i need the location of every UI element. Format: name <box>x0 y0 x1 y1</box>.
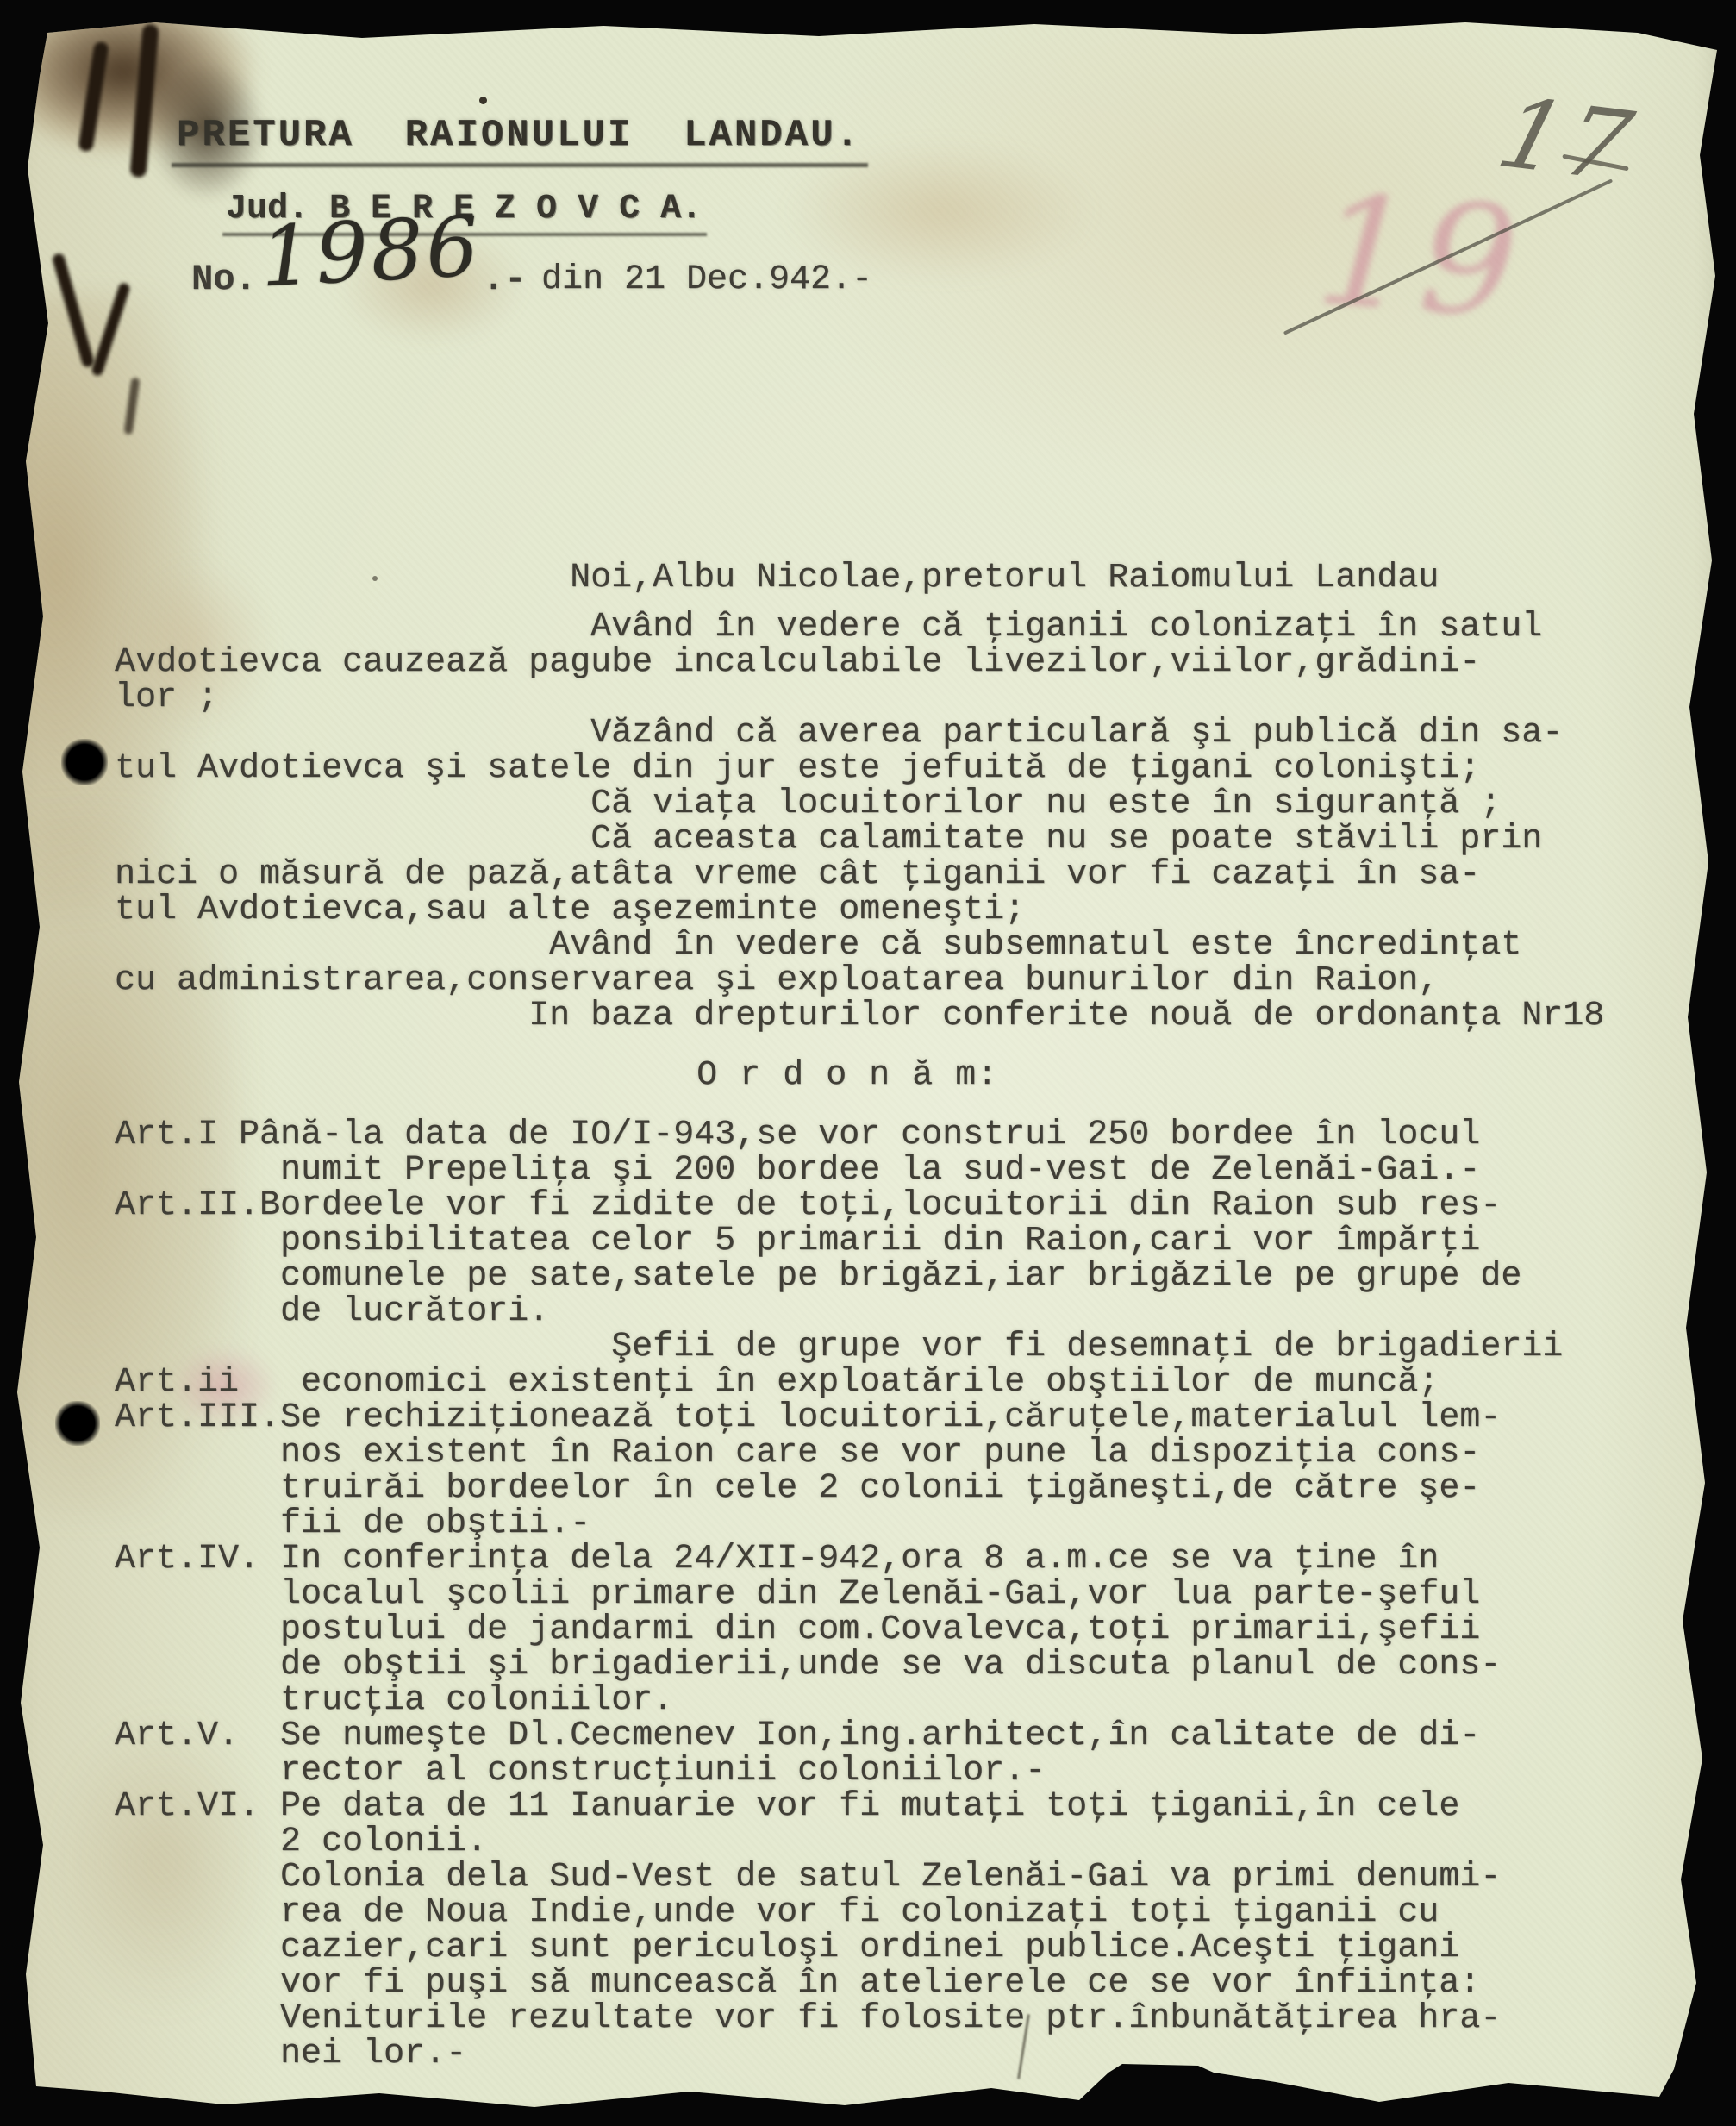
document-date: din 21 Dec.942.- <box>541 260 872 299</box>
document-page: PRETURA RAIONULUI LANDAU. Jud. B E R E Z… <box>0 0 1736 2126</box>
typed-line: rea de Noua Indie,unde vor fi colonizaţi… <box>115 1895 1604 1930</box>
typed-line: rector al construcţiunii coloniilor.- <box>115 1754 1604 1789</box>
typed-line-article: Art.I Până-la data de IO/I-943,se vor co… <box>115 1117 1604 1153</box>
document-number-handwritten: 1986 <box>258 197 484 305</box>
typed-line: Având în vedere că ţiganii colonizaţi în… <box>115 610 1604 645</box>
typed-line: Avdotievca cauzează pagube incalculabile… <box>115 645 1604 680</box>
typed-line: 2 colonii. <box>115 1824 1604 1860</box>
ink-blot <box>78 41 109 152</box>
typed-line: de obştii şi brigadierii,unde se va disc… <box>115 1648 1604 1683</box>
typed-line: cazier,cari sunt periculoşi ordinei publ… <box>115 1930 1604 1966</box>
typed-line: nici o măsură de pază,atâta vreme cât ţi… <box>115 857 1604 892</box>
typed-line: Colonia dela Sud-Vest de satul Zelenăi-G… <box>115 1860 1604 1895</box>
typed-line: localul şcolii primare din Zelenăi-Gai,v… <box>115 1577 1604 1612</box>
typed-line: Având în vedere că subsemnatul este încr… <box>115 928 1604 963</box>
typed-line: cu administrarea,conservarea şi exploata… <box>115 963 1604 998</box>
crossed-number-pink: 19 <box>1311 162 1530 353</box>
ink-blot <box>52 253 96 369</box>
typed-line-article: Art.ii economici existenţi în exploatări… <box>115 1365 1604 1400</box>
ink-blot <box>123 378 140 435</box>
typed-line-article: Art.IV. In conferinţa dela 24/XII-942,or… <box>115 1541 1604 1577</box>
typed-line: tul Avdotievca şi satele din jur este je… <box>115 751 1604 786</box>
typed-line: Că viaţa locuitorilor nu este în siguran… <box>115 786 1604 822</box>
order-heading: O r d o n ă m: <box>115 1058 1604 1093</box>
typed-line: fii de obştii.- <box>115 1506 1604 1541</box>
typed-line: Că aceasta calamitate nu se poate stăvil… <box>115 822 1604 857</box>
typed-line: postului de jandarmi din com.Covalevca,t… <box>115 1612 1604 1648</box>
punch-hole-top <box>61 739 108 785</box>
typed-line-salutation: Noi,Albu Nicolae,pretorul Raiomului Land… <box>115 560 1604 596</box>
document-number-suffix: .- <box>483 259 526 300</box>
typed-line: vor fi puşi să muncească în atelierele c… <box>115 1966 1604 2001</box>
typed-line: truirăi bordeelor în cele 2 colonii ţigă… <box>115 1471 1604 1506</box>
typed-line: lor ; <box>115 680 1604 716</box>
punch-hole-bottom <box>55 1401 100 1446</box>
typed-line: de lucrători. <box>115 1294 1604 1329</box>
typed-line: In baza drepturilor conferite nouă de or… <box>115 998 1604 1034</box>
typed-line: comunele pe sate,satele pe brigăzi,iar b… <box>115 1259 1604 1294</box>
typed-line-article: Art.II.Bordeele vor fi zidite de toţi,lo… <box>115 1188 1604 1223</box>
letterhead-office: PRETURA RAIONULUI LANDAU. <box>177 114 861 167</box>
document-number-label: No. <box>191 259 257 300</box>
typed-line: Şefii de grupe vor fi desemnaţi de briga… <box>115 1329 1604 1365</box>
typed-line: Văzând că averea particulară şi publică … <box>115 716 1604 751</box>
typed-line-article: Art.III.Se rechiziţionează toţi locuitor… <box>115 1400 1604 1435</box>
scan-background: PRETURA RAIONULUI LANDAU. Jud. B E R E Z… <box>0 0 1736 2126</box>
typed-line: nos existent în Raion care se vor pune l… <box>115 1435 1604 1471</box>
ink-blot <box>129 24 159 178</box>
typed-line: numit Prepeliţa şi 200 bordee la sud-ves… <box>115 1153 1604 1188</box>
typed-line: tul Avdotievca,sau alte aşezeminte omene… <box>115 892 1604 928</box>
typed-line-article: Art.VI. Pe data de 11 Ianuarie vor fi mu… <box>115 1789 1604 1824</box>
typed-line: Veniturile rezultate vor fi folosite ptr… <box>115 2001 1604 2036</box>
typed-line-article: Art.V. Se numeşte Dl.Cecmenev Ion,ing.ar… <box>115 1718 1604 1754</box>
typed-line: ponsibilitatea celor 5 primarii din Raio… <box>115 1223 1604 1259</box>
typed-line: nei lor.- <box>115 2036 1604 2072</box>
typed-line: trucţia coloniilor. <box>115 1683 1604 1718</box>
ink-blot <box>91 282 131 378</box>
ink-speck <box>479 97 487 104</box>
typed-body: Noi,Albu Nicolae,pretorul Raiomului Land… <box>115 560 1604 2072</box>
